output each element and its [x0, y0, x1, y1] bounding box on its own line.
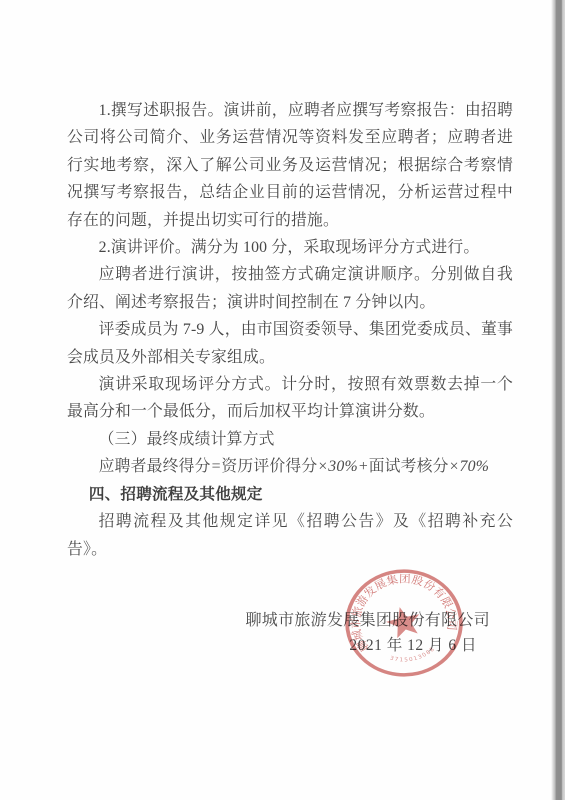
paragraph-9: 招聘流程及其他规定详见《招聘公告》及《招聘补充公告》。	[67, 508, 513, 563]
section-heading-recruitment-process: 四、招聘流程及其他规定	[67, 481, 513, 508]
scanner-edge-shadow	[551, 0, 565, 800]
final-score-formula: 应聘者最终得分=资历评价得分×30%+面试考核分×70%	[67, 453, 513, 480]
document-body: 1.撰写述职报告。演讲前，应聘者应撰写考察报告：由招聘公司将公司简介、业务运营情…	[67, 97, 513, 563]
subsection-heading-final-score: （三）最终成绩计算方式	[67, 426, 513, 453]
paragraph-2: 2.演讲评价。满分为 100 分，采取现场评分方式进行。	[67, 234, 513, 261]
paragraph-5: 演讲采取现场评分方式。计分时，按照有效票数去掉一个最高分和一个最低分，而后加权平…	[67, 371, 513, 426]
signature-company-name: 聊城市旅游发展集团股份有限公司	[245, 607, 490, 630]
paragraph-3: 应聘者进行演讲，按抽签方式确定演讲顺序。分别做自我介绍、阐述考察报告；演讲时间控…	[67, 261, 513, 316]
scanned-document-page: 1.撰写述职报告。演讲前，应聘者应撰写考察报告：由招聘公司将公司简介、业务运营情…	[0, 0, 565, 800]
paragraph-1: 1.撰写述职报告。演讲前，应聘者应撰写考察报告：由招聘公司将公司简介、业务运营情…	[67, 97, 513, 234]
signature-date: 2021 年 12 月 6 日	[349, 633, 477, 655]
paragraph-4: 评委成员为 7-9 人，由市国资委领导、集团党委成员、董事会成员及外部相关专家组…	[67, 316, 513, 371]
